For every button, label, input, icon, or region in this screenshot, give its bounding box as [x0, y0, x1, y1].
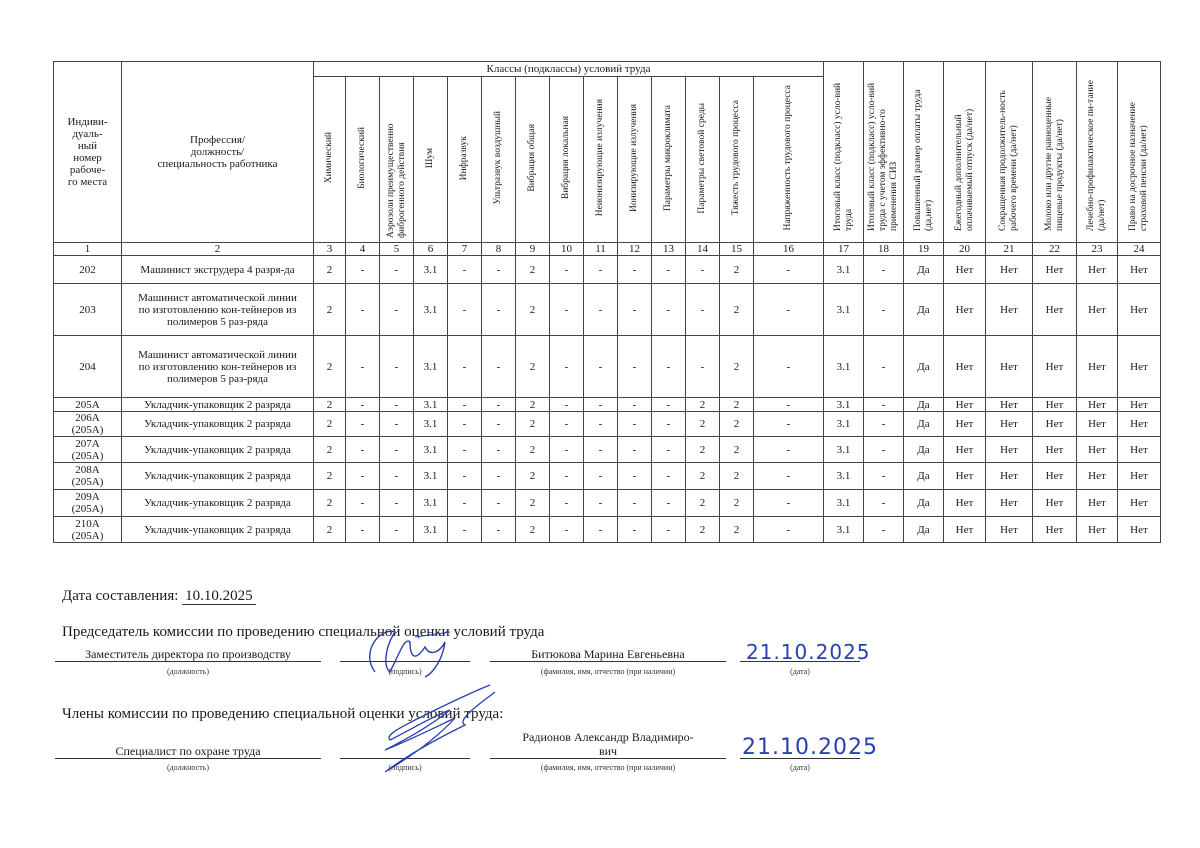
- column-number: 5: [380, 243, 414, 256]
- header-factor-3: Химический: [314, 77, 346, 243]
- class-value-cell: 2: [314, 490, 346, 517]
- class-value-cell: Да: [904, 437, 944, 463]
- class-value-cell: -: [618, 256, 652, 284]
- class-value-cell: Нет: [944, 284, 986, 336]
- header-factor-4: Биологический: [346, 77, 380, 243]
- header-factor-8: Ультразвук воздушный: [482, 77, 516, 243]
- header-factor-15: Тяжесть трудового процесса: [720, 77, 754, 243]
- class-value-cell: 2: [314, 336, 346, 398]
- class-value-cell: -: [618, 437, 652, 463]
- class-value-cell: 2: [686, 463, 720, 490]
- class-value-cell: -: [346, 284, 380, 336]
- table-row: 210А (205А)Укладчик-упаковщик 2 разряда2…: [54, 517, 1161, 543]
- class-value-cell: Нет: [944, 336, 986, 398]
- class-value-cell: Нет: [1033, 398, 1077, 412]
- chair-position: Заместитель директора по производству: [55, 647, 321, 662]
- class-value-cell: 3.1: [414, 256, 448, 284]
- header-summary-7: Лечебно-профилактическое пи-тание (да/не…: [1077, 62, 1118, 243]
- class-value-cell: 3.1: [824, 284, 864, 336]
- class-value-cell: 2: [516, 437, 550, 463]
- class-value-cell: Да: [904, 412, 944, 437]
- class-value-cell: -: [550, 463, 584, 490]
- class-value-cell: -: [754, 256, 824, 284]
- workplace-id: 209А (205А): [54, 490, 122, 517]
- profession-cell: Укладчик-упаковщик 2 разряда: [122, 437, 314, 463]
- workplace-id: 208А (205А): [54, 463, 122, 490]
- class-value-cell: 3.1: [824, 336, 864, 398]
- member-date-handwritten: 21.10.2025: [742, 735, 878, 760]
- class-value-cell: Нет: [1118, 336, 1161, 398]
- workplace-id: 203: [54, 284, 122, 336]
- class-value-cell: Да: [904, 517, 944, 543]
- class-value-cell: 2: [516, 463, 550, 490]
- column-number: 10: [550, 243, 584, 256]
- class-value-cell: -: [754, 284, 824, 336]
- class-value-cell: -: [864, 284, 904, 336]
- class-value-cell: -: [686, 336, 720, 398]
- class-value-cell: -: [482, 256, 516, 284]
- class-value-cell: Нет: [1033, 490, 1077, 517]
- profession-cell: Укладчик-упаковщик 2 разряда: [122, 490, 314, 517]
- header-summary-3: Повышенный размер оплаты труда (да,нет): [904, 62, 944, 243]
- workplace-id: 206А (205А): [54, 412, 122, 437]
- class-value-cell: 2: [720, 412, 754, 437]
- class-value-cell: -: [652, 412, 686, 437]
- header-factor-11: Неионизирующие излучения: [584, 77, 618, 243]
- class-value-cell: -: [618, 398, 652, 412]
- column-number: 14: [686, 243, 720, 256]
- class-value-cell: -: [550, 398, 584, 412]
- class-value-cell: -: [550, 490, 584, 517]
- class-value-cell: 2: [516, 412, 550, 437]
- class-value-cell: -: [550, 517, 584, 543]
- class-value-cell: 2: [686, 437, 720, 463]
- class-value-cell: Нет: [944, 463, 986, 490]
- class-value-cell: Нет: [1077, 336, 1118, 398]
- class-value-cell: -: [584, 490, 618, 517]
- class-value-cell: -: [584, 517, 618, 543]
- column-number: 8: [482, 243, 516, 256]
- class-value-cell: Да: [904, 284, 944, 336]
- class-value-cell: Нет: [1118, 398, 1161, 412]
- class-value-cell: 3.1: [824, 463, 864, 490]
- class-value-cell: 2: [720, 284, 754, 336]
- class-value-cell: Нет: [1118, 437, 1161, 463]
- class-value-cell: 3.1: [414, 398, 448, 412]
- header-summary-2: Итоговый класс (подкласс) усло-вий труда…: [864, 62, 904, 243]
- class-value-cell: -: [380, 256, 414, 284]
- column-number: 3: [314, 243, 346, 256]
- workplace-id: 205А: [54, 398, 122, 412]
- class-value-cell: -: [346, 336, 380, 398]
- class-value-cell: -: [754, 398, 824, 412]
- class-value-cell: Нет: [944, 437, 986, 463]
- class-value-cell: -: [448, 398, 482, 412]
- table-row: 205АУкладчик-упаковщик 2 разряда2--3.1--…: [54, 398, 1161, 412]
- caption-position: (должность): [55, 667, 321, 676]
- class-value-cell: Нет: [1118, 463, 1161, 490]
- class-value-cell: -: [550, 256, 584, 284]
- class-value-cell: 2: [516, 490, 550, 517]
- member-position: Специалист по охране труда: [55, 744, 321, 759]
- column-number: 15: [720, 243, 754, 256]
- profession-cell: Укладчик-упаковщик 2 разряда: [122, 517, 314, 543]
- class-value-cell: -: [380, 398, 414, 412]
- class-value-cell: -: [448, 256, 482, 284]
- class-value-cell: Нет: [1033, 517, 1077, 543]
- class-value-cell: 3.1: [414, 490, 448, 517]
- column-number: 24: [1118, 243, 1161, 256]
- class-value-cell: -: [482, 437, 516, 463]
- class-value-cell: 2: [686, 490, 720, 517]
- class-value-cell: 2: [516, 398, 550, 412]
- table-row: 203Машинист автоматической линии по изго…: [54, 284, 1161, 336]
- class-value-cell: Нет: [986, 463, 1033, 490]
- class-value-cell: 3.1: [824, 517, 864, 543]
- class-value-cell: -: [864, 412, 904, 437]
- class-value-cell: 3.1: [824, 490, 864, 517]
- class-value-cell: -: [482, 517, 516, 543]
- header-factor-5: Аэрозоли преимущественно фиброгенного де…: [380, 77, 414, 243]
- column-number: 23: [1077, 243, 1118, 256]
- workplace-id: 202: [54, 256, 122, 284]
- column-number: 9: [516, 243, 550, 256]
- class-value-cell: -: [652, 517, 686, 543]
- class-value-cell: -: [346, 463, 380, 490]
- header-factor-10: Вибрация локальная: [550, 77, 584, 243]
- column-number: 12: [618, 243, 652, 256]
- class-value-cell: -: [448, 463, 482, 490]
- column-number: 21: [986, 243, 1033, 256]
- class-value-cell: Нет: [1077, 284, 1118, 336]
- header-factor-14: Параметры световой среды: [686, 77, 720, 243]
- class-value-cell: 2: [720, 336, 754, 398]
- class-value-cell: 2: [720, 398, 754, 412]
- header-factor-12: Ионизирующие излучения: [618, 77, 652, 243]
- class-value-cell: 2: [686, 398, 720, 412]
- class-value-cell: -: [380, 336, 414, 398]
- class-value-cell: -: [448, 517, 482, 543]
- class-value-cell: Нет: [1118, 284, 1161, 336]
- header-summary-8: Право на досрочное назначение страховой …: [1118, 62, 1161, 243]
- class-value-cell: Да: [904, 463, 944, 490]
- date-compiled-value: 10.10.2025: [182, 588, 256, 605]
- class-value-cell: -: [864, 336, 904, 398]
- table-row: 209А (205А)Укладчик-упаковщик 2 разряда2…: [54, 490, 1161, 517]
- chair-date-handwritten: 21.10.2025: [746, 640, 871, 664]
- class-value-cell: -: [652, 437, 686, 463]
- caption-position-2: (должность): [55, 763, 321, 772]
- class-value-cell: Нет: [1033, 412, 1077, 437]
- column-number: 16: [754, 243, 824, 256]
- class-value-cell: Нет: [986, 336, 1033, 398]
- class-value-cell: -: [754, 463, 824, 490]
- class-value-cell: 2: [686, 517, 720, 543]
- column-number: 18: [864, 243, 904, 256]
- workplace-id: 207А (205А): [54, 437, 122, 463]
- header-summary-5: Сокращенная продолжитель-ность рабочего …: [986, 62, 1033, 243]
- class-value-cell: -: [686, 284, 720, 336]
- member-name: Радионов Александр Владимиро- вич: [490, 730, 726, 759]
- class-value-cell: -: [754, 412, 824, 437]
- class-value-cell: Нет: [1118, 517, 1161, 543]
- profession-cell: Машинист экструдера 4 разря-да: [122, 256, 314, 284]
- header-summary-4: Ежегодный дополнительный оплачиваемый от…: [944, 62, 986, 243]
- class-value-cell: Нет: [944, 517, 986, 543]
- column-number: 6: [414, 243, 448, 256]
- class-value-cell: Нет: [944, 398, 986, 412]
- class-value-cell: -: [754, 437, 824, 463]
- class-value-cell: -: [448, 284, 482, 336]
- class-value-cell: -: [652, 490, 686, 517]
- date-compiled: Дата составления: 10.10.2025: [62, 588, 256, 605]
- class-value-cell: -: [584, 463, 618, 490]
- column-number: 7: [448, 243, 482, 256]
- profession-cell: Укладчик-упаковщик 2 разряда: [122, 398, 314, 412]
- class-value-cell: 2: [516, 284, 550, 336]
- workplace-id: 210А (205А): [54, 517, 122, 543]
- table-row: 206А (205А)Укладчик-упаковщик 2 разряда2…: [54, 412, 1161, 437]
- class-value-cell: -: [618, 336, 652, 398]
- header-summary-6: Молоко или другие равноценные пищевые пр…: [1033, 62, 1077, 243]
- caption-date-2: (дата): [740, 763, 860, 772]
- class-value-cell: 2: [314, 398, 346, 412]
- class-value-cell: Нет: [944, 490, 986, 517]
- class-value-cell: Нет: [986, 517, 1033, 543]
- column-number: 20: [944, 243, 986, 256]
- header-factor-13: Параметры микроклимата: [652, 77, 686, 243]
- class-value-cell: -: [346, 398, 380, 412]
- header-factor-16: Напряженность трудового процесса: [754, 77, 824, 243]
- class-value-cell: Нет: [1033, 336, 1077, 398]
- member-signature-icon: [355, 680, 505, 780]
- class-value-cell: 2: [314, 412, 346, 437]
- chair-name: Битюкова Марина Евгеньевна: [490, 647, 726, 662]
- class-value-cell: -: [864, 437, 904, 463]
- class-value-cell: -: [550, 336, 584, 398]
- class-value-cell: Нет: [1033, 437, 1077, 463]
- class-value-cell: -: [550, 412, 584, 437]
- class-value-cell: -: [380, 490, 414, 517]
- column-number: 11: [584, 243, 618, 256]
- working-conditions-table: Индиви- дуаль- ный номер рабоче- го мест…: [53, 61, 1161, 543]
- header-factor-6: Шум: [414, 77, 448, 243]
- profession-cell: Машинист автоматической линии по изготов…: [122, 284, 314, 336]
- class-value-cell: -: [652, 398, 686, 412]
- profession-cell: Машинист автоматической линии по изготов…: [122, 336, 314, 398]
- class-value-cell: Нет: [1077, 437, 1118, 463]
- class-value-cell: Нет: [986, 398, 1033, 412]
- class-value-cell: -: [618, 490, 652, 517]
- class-value-cell: Нет: [986, 490, 1033, 517]
- class-value-cell: -: [754, 336, 824, 398]
- class-value-cell: -: [864, 517, 904, 543]
- column-number: 22: [1033, 243, 1077, 256]
- class-value-cell: Нет: [1118, 490, 1161, 517]
- class-value-cell: -: [482, 284, 516, 336]
- column-number: 2: [122, 243, 314, 256]
- class-value-cell: -: [618, 284, 652, 336]
- class-value-cell: -: [652, 336, 686, 398]
- class-value-cell: -: [448, 437, 482, 463]
- class-value-cell: Нет: [986, 284, 1033, 336]
- class-value-cell: -: [754, 517, 824, 543]
- column-number: 17: [824, 243, 864, 256]
- table-row: 207А (205А)Укладчик-упаковщик 2 разряда2…: [54, 437, 1161, 463]
- class-value-cell: -: [550, 437, 584, 463]
- chair-title: Председатель комиссии по проведению спец…: [62, 624, 544, 641]
- class-value-cell: -: [618, 463, 652, 490]
- class-value-cell: Нет: [944, 412, 986, 437]
- class-value-cell: Нет: [944, 256, 986, 284]
- table-row: 204Машинист автоматической линии по изго…: [54, 336, 1161, 398]
- class-value-cell: 3.1: [414, 517, 448, 543]
- class-value-cell: -: [754, 490, 824, 517]
- class-value-cell: 2: [314, 256, 346, 284]
- class-value-cell: -: [482, 490, 516, 517]
- class-value-cell: -: [864, 398, 904, 412]
- class-value-cell: 2: [314, 437, 346, 463]
- class-value-cell: 2: [516, 256, 550, 284]
- class-value-cell: -: [652, 256, 686, 284]
- class-value-cell: Да: [904, 398, 944, 412]
- class-value-cell: 3.1: [414, 412, 448, 437]
- class-value-cell: -: [380, 284, 414, 336]
- class-value-cell: -: [618, 412, 652, 437]
- header-factor-7: Инфразвук: [448, 77, 482, 243]
- class-value-cell: 2: [686, 412, 720, 437]
- column-number: 1: [54, 243, 122, 256]
- class-value-cell: -: [584, 398, 618, 412]
- profession-cell: Укладчик-упаковщик 2 разряда: [122, 412, 314, 437]
- class-value-cell: Да: [904, 336, 944, 398]
- date-compiled-label: Дата составления:: [62, 588, 178, 604]
- class-value-cell: -: [482, 336, 516, 398]
- class-value-cell: 3.1: [414, 284, 448, 336]
- class-value-cell: 2: [516, 336, 550, 398]
- class-value-cell: -: [346, 412, 380, 437]
- class-value-cell: -: [346, 256, 380, 284]
- class-value-cell: -: [346, 437, 380, 463]
- class-value-cell: 2: [516, 517, 550, 543]
- class-value-cell: -: [448, 412, 482, 437]
- class-value-cell: Нет: [1077, 517, 1118, 543]
- workplace-id: 204: [54, 336, 122, 398]
- table-row: 208А (205А)Укладчик-упаковщик 2 разряда2…: [54, 463, 1161, 490]
- class-value-cell: -: [584, 437, 618, 463]
- caption-fio-2: (фамилия, имя, отчество (при наличии): [490, 763, 726, 772]
- header-factor-9: Вибрация общая: [516, 77, 550, 243]
- class-value-cell: 2: [720, 256, 754, 284]
- class-value-cell: -: [482, 463, 516, 490]
- class-value-cell: 3.1: [414, 463, 448, 490]
- chair-signature-icon: [355, 622, 465, 682]
- class-value-cell: 2: [720, 463, 754, 490]
- caption-fio: (фамилия, имя, отчество (при наличии): [490, 667, 726, 676]
- table-row: 202Машинист экструдера 4 разря-да2--3.1-…: [54, 256, 1161, 284]
- class-value-cell: Нет: [1077, 490, 1118, 517]
- column-number: 19: [904, 243, 944, 256]
- class-value-cell: 2: [720, 490, 754, 517]
- class-value-cell: -: [482, 412, 516, 437]
- class-value-cell: Нет: [1033, 284, 1077, 336]
- class-value-cell: -: [550, 284, 584, 336]
- header-classes-group: Классы (подклассы) условий труда: [314, 62, 824, 77]
- class-value-cell: 2: [314, 463, 346, 490]
- class-value-cell: -: [380, 412, 414, 437]
- class-value-cell: Да: [904, 256, 944, 284]
- profession-cell: Укладчик-упаковщик 2 разряда: [122, 463, 314, 490]
- column-number: 4: [346, 243, 380, 256]
- class-value-cell: 3.1: [414, 437, 448, 463]
- class-value-cell: 3.1: [824, 412, 864, 437]
- class-value-cell: Нет: [1118, 256, 1161, 284]
- class-value-cell: Нет: [1033, 463, 1077, 490]
- class-value-cell: 3.1: [414, 336, 448, 398]
- class-value-cell: Нет: [1033, 256, 1077, 284]
- class-value-cell: -: [380, 437, 414, 463]
- class-value-cell: 3.1: [824, 437, 864, 463]
- class-value-cell: Нет: [1077, 256, 1118, 284]
- class-value-cell: Нет: [1077, 412, 1118, 437]
- class-value-cell: -: [652, 284, 686, 336]
- header-workplace-number: Индиви- дуаль- ный номер рабоче- го мест…: [54, 62, 122, 243]
- class-value-cell: -: [864, 256, 904, 284]
- caption-date: (дата): [740, 667, 860, 676]
- class-value-cell: -: [618, 517, 652, 543]
- class-value-cell: 2: [314, 517, 346, 543]
- class-value-cell: -: [652, 463, 686, 490]
- class-value-cell: -: [864, 490, 904, 517]
- class-value-cell: 2: [720, 517, 754, 543]
- class-value-cell: -: [482, 398, 516, 412]
- class-value-cell: -: [380, 517, 414, 543]
- class-value-cell: Нет: [1077, 398, 1118, 412]
- class-value-cell: Нет: [986, 256, 1033, 284]
- class-value-cell: -: [346, 517, 380, 543]
- class-value-cell: -: [686, 256, 720, 284]
- class-value-cell: Нет: [986, 412, 1033, 437]
- header-profession: Профессия/ должность/ специальность рабо…: [122, 62, 314, 243]
- class-value-cell: Нет: [1077, 463, 1118, 490]
- class-value-cell: Да: [904, 490, 944, 517]
- class-value-cell: 3.1: [824, 398, 864, 412]
- class-value-cell: -: [448, 336, 482, 398]
- class-value-cell: -: [380, 463, 414, 490]
- class-value-cell: Нет: [986, 437, 1033, 463]
- class-value-cell: -: [346, 490, 380, 517]
- class-value-cell: 2: [314, 284, 346, 336]
- class-value-cell: -: [448, 490, 482, 517]
- class-value-cell: -: [584, 412, 618, 437]
- class-value-cell: -: [584, 284, 618, 336]
- class-value-cell: 3.1: [824, 256, 864, 284]
- class-value-cell: 2: [720, 437, 754, 463]
- class-value-cell: -: [864, 463, 904, 490]
- column-number: 13: [652, 243, 686, 256]
- class-value-cell: -: [584, 336, 618, 398]
- header-summary-1: Итоговый класс (подкласс) усло-вий труда: [824, 62, 864, 243]
- class-value-cell: -: [584, 256, 618, 284]
- class-value-cell: Нет: [1118, 412, 1161, 437]
